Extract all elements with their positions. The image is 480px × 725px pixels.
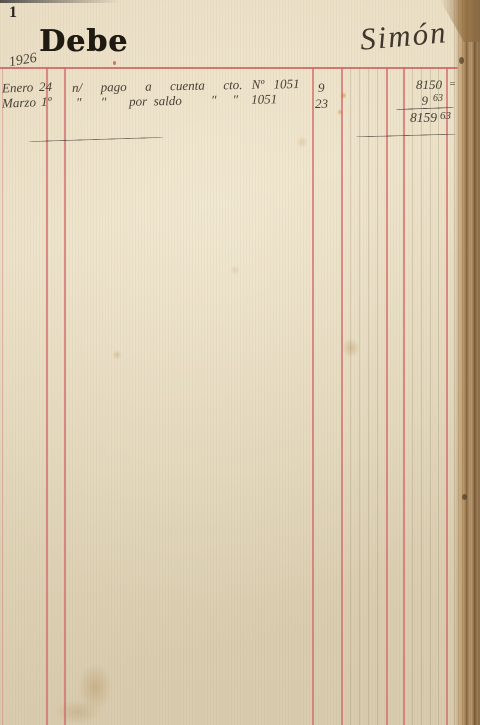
date-day-rule [46,67,48,725]
ledger-page: 1 Debe Simón 1926 Enero 24 n/ pago a cue… [0,0,480,725]
folio-left-rule [312,67,314,725]
stain [342,338,360,358]
sub-rule [421,67,422,725]
account-name: Simón [359,14,449,57]
stain [55,700,101,724]
closing-flourish-right [356,134,456,138]
day-desc-rule [64,67,66,725]
sub-rule [377,67,378,725]
stain [78,663,112,711]
closing-flourish-left [28,137,164,142]
entry-day: 1º [41,94,52,110]
sub-rule [412,67,413,725]
entry-description: ″ ″ por saldo ″ ″ 1051 [76,91,277,111]
entry-folio: 9 [318,80,325,96]
folio-right-rule [341,67,343,725]
sub-rule [430,67,431,725]
entry-amount-pesos: 9 [380,93,428,109]
header-rule [0,67,458,69]
book-edge [454,0,480,725]
entry-folio: 23 [315,96,328,112]
page-title: Debe [39,24,128,59]
ink-speck [113,61,116,65]
sub-rule [350,67,351,725]
sub-rule [359,67,360,725]
entry-amount-cents: 63 [433,93,443,104]
sub-rule [438,67,439,725]
margin-rule-left-edge [2,67,3,725]
page-top-shadow [0,0,120,3]
amount-left-rule [403,67,405,725]
cents-rule [446,67,448,725]
mid-rule [386,67,388,725]
entry-day: 24 [39,79,52,95]
page-number: 1 [9,4,17,22]
sub-rule [368,67,369,725]
stain [112,350,122,360]
stain [230,265,240,275]
stain [296,136,308,148]
entry-amount-pesos: 8150 [388,77,442,93]
total-amount-cents: 63 [440,110,451,122]
entry-month: Marzo [2,94,36,111]
total-amount-pesos: 8159 [386,110,437,126]
